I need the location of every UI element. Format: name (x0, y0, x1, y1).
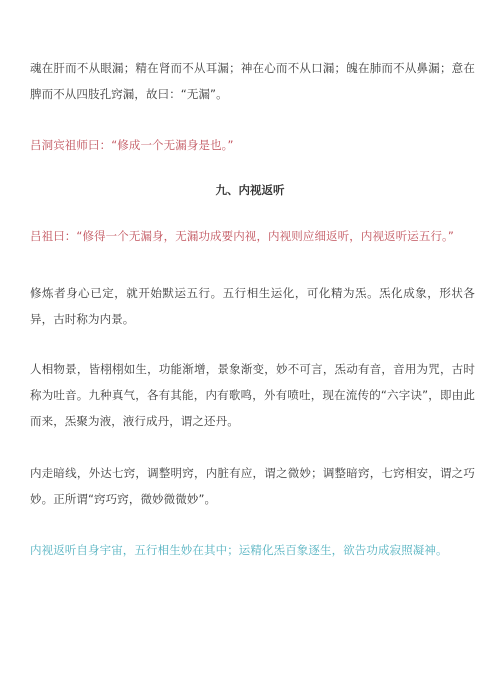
quote-lu-dongbin: 吕洞宾祖师曰：“修成一个无漏身是也。” (30, 132, 475, 158)
summary-verse: 内视返听自身宇宙，五行相生妙在其中；运精化炁百象逐生，欲告功成寂照凝神。 (30, 537, 475, 563)
quote-lu-zu: 吕祖曰：“修得一个无漏身，无漏功成要内视，内视则应细返听，内视返听运五行。” (30, 223, 475, 249)
paragraph-inner-scenery: 人相物景，皆栩栩如生，功能渐增，景象渐变，妙不可言，炁动有音，音用为咒，古时称为… (30, 356, 475, 434)
section-heading: 九、内视返听 (0, 180, 500, 200)
paragraph-no-leak: 魂在肝而不从眼漏；精在肾而不从耳漏；神在心而不从口漏；魄在肺而不从鼻漏；意在脾而… (30, 55, 475, 107)
paragraph-orifices: 内走暗线，外达七窍，调整明窍，内脏有应，谓之微妙；调整暗窍，七窍相安，谓之巧妙。… (30, 460, 475, 512)
document-page: 魂在肝而不从眼漏；精在肾而不从耳漏；神在心而不从口漏；魄在肺而不从鼻漏；意在脾而… (0, 0, 500, 698)
paragraph-five-elements: 修炼者身心已定，就开始默运五行。五行相生运化，可化精为炁。炁化成象，形状各异，古… (30, 280, 475, 332)
